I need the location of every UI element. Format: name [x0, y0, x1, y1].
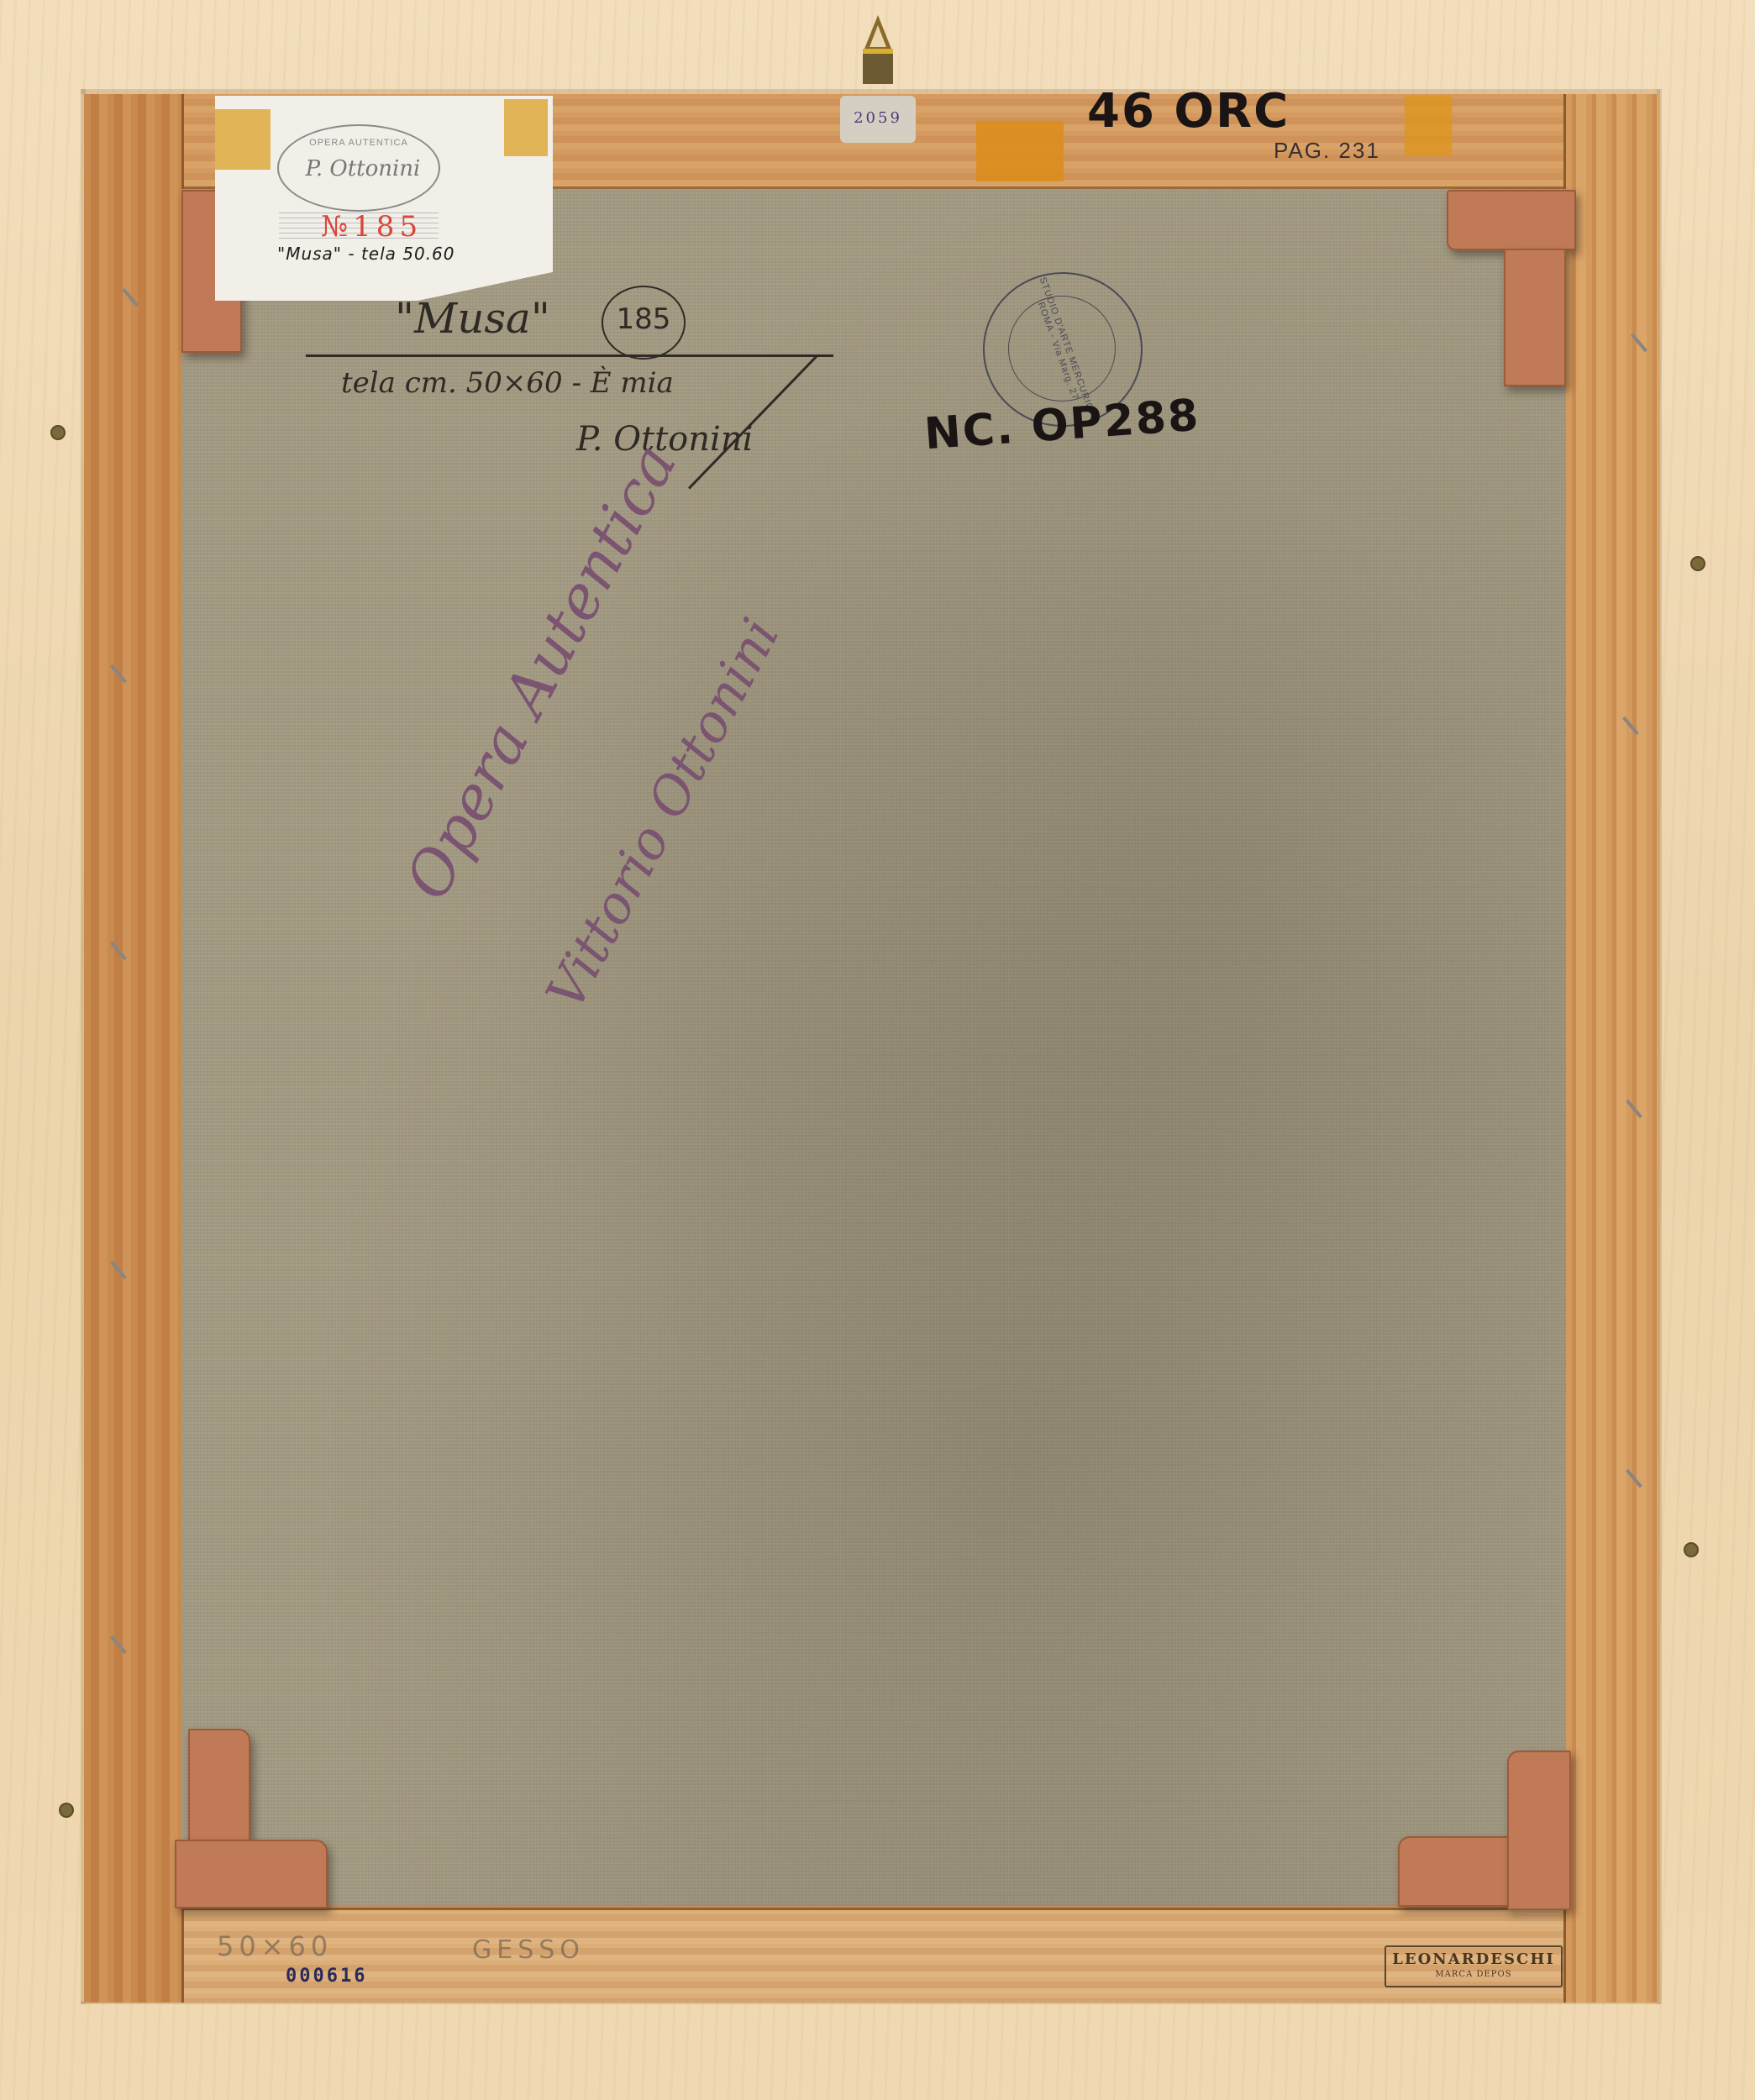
- tape-strip: [504, 99, 548, 156]
- inventory-sticker: 2059: [840, 96, 916, 143]
- maker-sub: MARCA DEPOS: [1386, 1970, 1561, 1979]
- oval-authenticity-stamp: OPERA AUTENTICA P. Ottonini: [277, 124, 440, 212]
- circled-number: 185: [602, 286, 686, 360]
- inscription-title: "Musa": [395, 294, 550, 343]
- corner-key-bottom-right-vertical: [1507, 1751, 1571, 1910]
- serial-number: 000616: [286, 1966, 367, 1987]
- page-reference: PAG. 231: [1274, 138, 1380, 164]
- canvas-back: [181, 189, 1566, 1906]
- corner-key-bottom-right-horizontal: [1398, 1836, 1511, 1907]
- screw-icon: [1690, 556, 1705, 571]
- corner-key-bottom-left-horizontal: [175, 1840, 328, 1908]
- material-print: GESSO: [472, 1935, 585, 1965]
- inventory-number: 2059: [840, 109, 916, 127]
- label-caption: "Musa" - tela 50.60: [277, 244, 455, 264]
- screw-icon: [1684, 1542, 1699, 1557]
- label-number: №185: [321, 210, 423, 244]
- dimension-note: tela cm. 50×60 - È mia: [341, 366, 674, 400]
- triangle-hanger-icon: [861, 15, 895, 82]
- screw-icon: [59, 1803, 74, 1818]
- tape-strip: [215, 109, 271, 170]
- screw-icon: [50, 425, 66, 440]
- stamp-oval-text: OPERA AUTENTICA: [279, 138, 439, 148]
- tape-strip: [976, 121, 1064, 181]
- maker-stamp: LEONARDESCHI MARCA DEPOS: [1385, 1945, 1563, 1987]
- corner-key-bottom-left-vertical: [188, 1729, 250, 1841]
- stretcher-bar-right: [1563, 94, 1660, 2003]
- corner-key-top-right-horizontal: [1447, 190, 1576, 250]
- marker-reference: 46 ORC: [1087, 84, 1290, 139]
- stretcher-bar-left: [84, 94, 184, 2003]
- corner-key-top-right-vertical: [1504, 249, 1566, 386]
- maker-name: LEONARDESCHI: [1386, 1950, 1561, 1968]
- circled-number-text: 185: [603, 302, 684, 336]
- size-print: 50×60: [217, 1930, 333, 1962]
- tape-strip: [1405, 96, 1452, 156]
- stamp-oval-signature: P. Ottonini: [296, 156, 430, 181]
- pencil-underline: [306, 354, 833, 357]
